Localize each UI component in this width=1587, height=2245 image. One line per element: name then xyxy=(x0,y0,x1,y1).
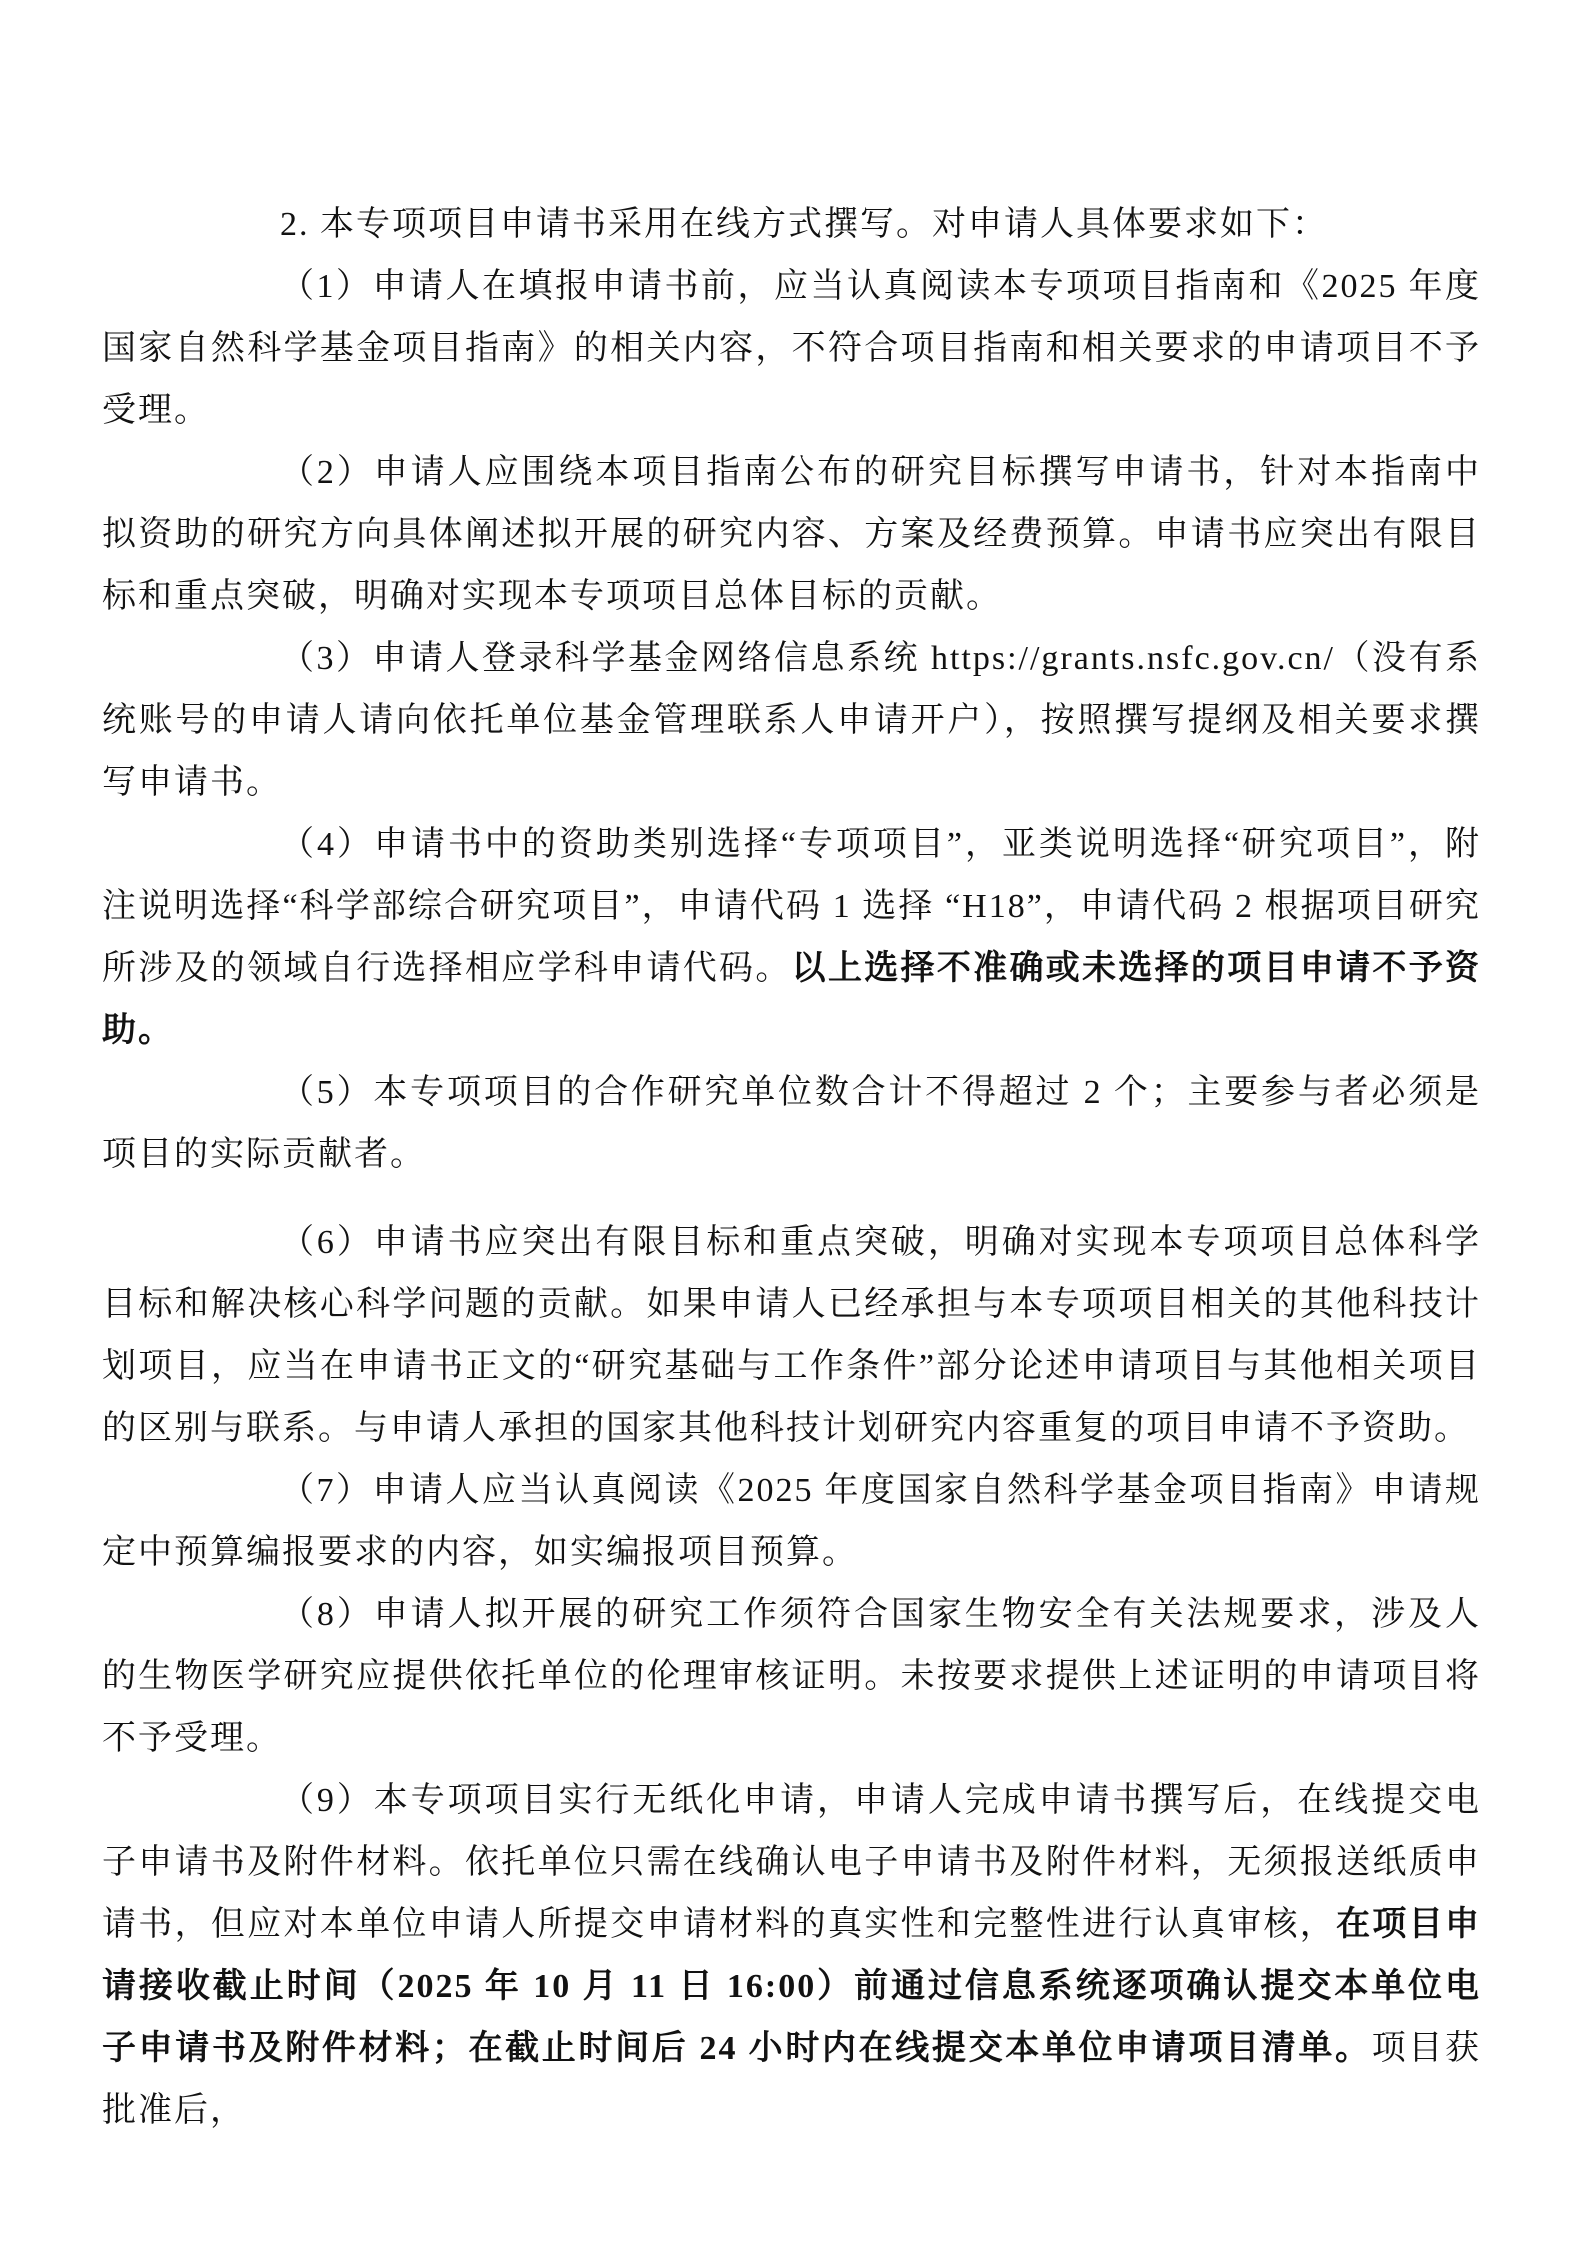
document-body: 2. 本专项项目申请书采用在线方式撰写。对申请人具体要求如下：（1）申请人在填报… xyxy=(102,194,1481,2142)
paragraph-item-3: （3）申请人登录科学基金网络信息系统 https://grants.nsfc.g… xyxy=(102,628,1481,814)
paragraph-item-2: （2）申请人应围绕本项目指南公布的研究目标撰写申请书，针对本指南中拟资助的研究方… xyxy=(102,442,1481,628)
text-run: （2）申请人应围绕本项目指南公布的研究目标撰写申请书，针对本指南中拟资助的研究方… xyxy=(102,454,1481,615)
paragraph-item-6: （6）申请书应突出有限目标和重点突破，明确对实现本专项项目总体科学目标和解决核心… xyxy=(102,1212,1481,1460)
text-run: （5）本专项项目的合作研究单位数合计不得超过 2 个；主要参与者必须是项目的实际… xyxy=(102,1074,1481,1173)
paragraph-item-4: （4）申请书中的资助类别选择“专项项目”，亚类说明选择“研究项目”，附注说明选择… xyxy=(102,814,1481,1062)
text-run: （6）申请书应突出有限目标和重点突破，明确对实现本专项项目总体科学目标和解决核心… xyxy=(102,1224,1481,1447)
document-page: 2. 本专项项目申请书采用在线方式撰写。对申请人具体要求如下：（1）申请人在填报… xyxy=(0,0,1587,2245)
text-run: （8）申请人拟开展的研究工作须符合国家生物安全有关法规要求，涉及人的生物医学研究… xyxy=(102,1596,1481,1757)
text-run: （1）申请人在填报申请书前，应当认真阅读本专项项目指南和《2025 年度国家自然… xyxy=(102,268,1481,429)
text-run: （3）申请人登录科学基金网络信息系统 https://grants.nsfc.g… xyxy=(102,640,1481,801)
text-run: 2. 本专项项目申请书采用在线方式撰写。对申请人具体要求如下： xyxy=(280,206,1328,243)
paragraph-item-7: （7）申请人应当认真阅读《2025 年度国家自然科学基金项目指南》申请规定中预算… xyxy=(102,1460,1481,1584)
paragraph-item-9: （9）本专项项目实行无纸化申请，申请人完成申请书撰写后，在线提交电子申请书及附件… xyxy=(102,1770,1481,2142)
paragraph-item-1: （1）申请人在填报申请书前，应当认真阅读本专项项目指南和《2025 年度国家自然… xyxy=(102,256,1481,442)
paragraph-item-5: （5）本专项项目的合作研究单位数合计不得超过 2 个；主要参与者必须是项目的实际… xyxy=(102,1062,1481,1186)
text-run: （9）本专项项目实行无纸化申请，申请人完成申请书撰写后，在线提交电子申请书及附件… xyxy=(102,1782,1481,1943)
text-run: （7）申请人应当认真阅读《2025 年度国家自然科学基金项目指南》申请规定中预算… xyxy=(102,1472,1481,1571)
paragraph-item-8: （8）申请人拟开展的研究工作须符合国家生物安全有关法规要求，涉及人的生物医学研究… xyxy=(102,1584,1481,1770)
paragraph-intro: 2. 本专项项目申请书采用在线方式撰写。对申请人具体要求如下： xyxy=(102,194,1481,256)
